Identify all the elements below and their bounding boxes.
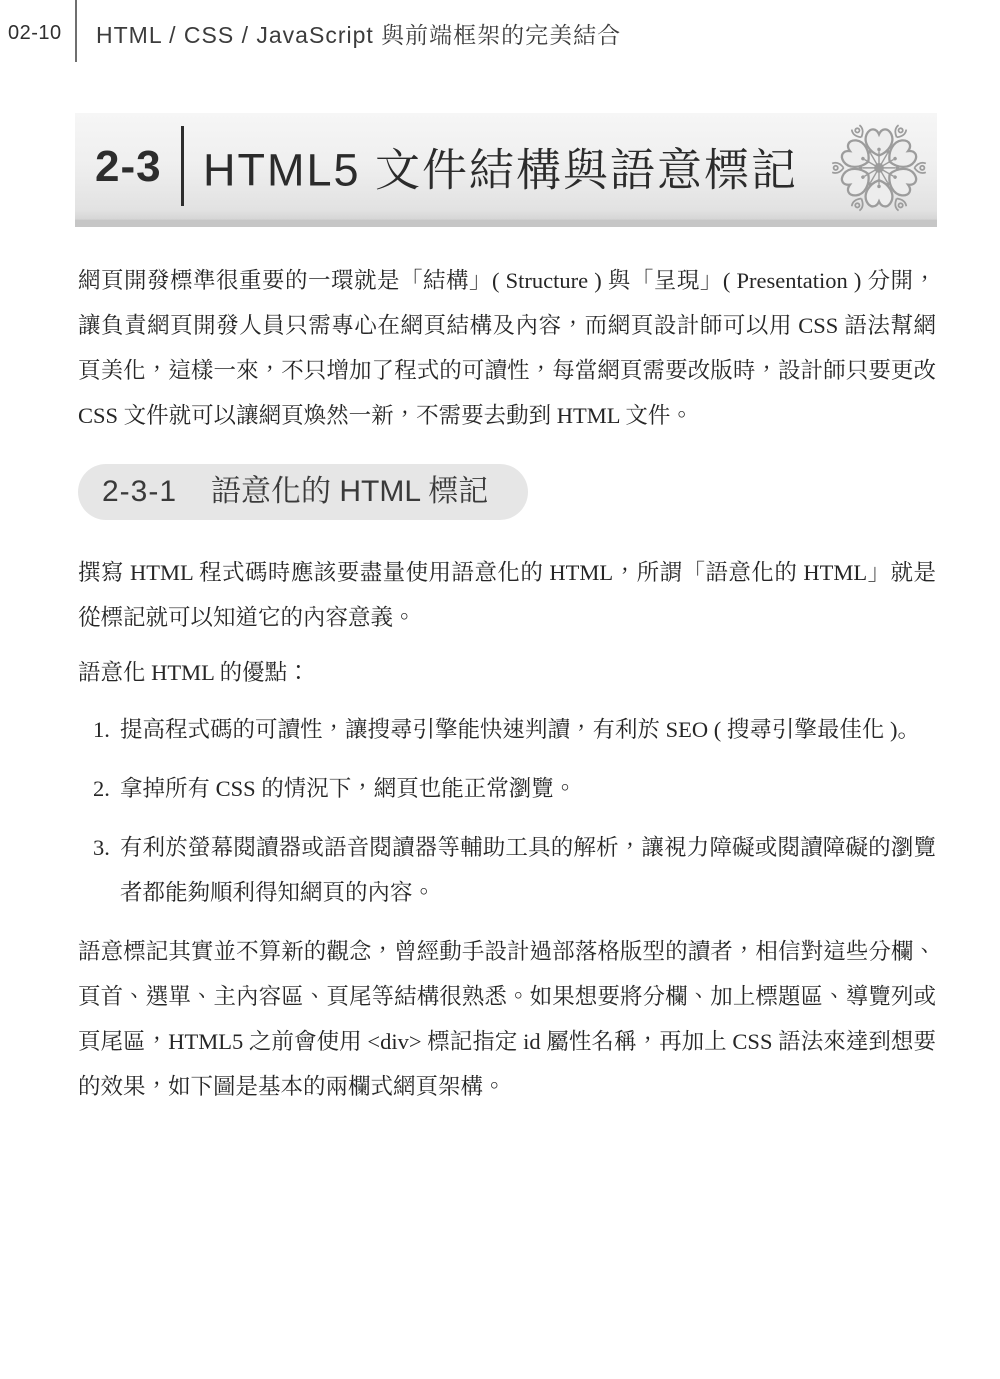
benefits-list: 1. 提高程式碼的可讀性，讓搜尋引擎能快速判讀，有利於 SEO ( 搜尋引擎最佳… bbox=[78, 707, 936, 915]
list-item-text: 拿掉所有 CSS 的情況下，網頁也能正常瀏覽。 bbox=[120, 776, 576, 801]
list-item-number: 2. bbox=[93, 766, 110, 811]
list-item: 1. 提高程式碼的可讀性，讓搜尋引擎能快速判讀，有利於 SEO ( 搜尋引擎最佳… bbox=[120, 707, 936, 752]
section-banner-divider bbox=[181, 126, 184, 206]
section-number: 2-3 bbox=[95, 142, 162, 192]
list-item-number: 3. bbox=[93, 825, 110, 870]
benefits-intro: 語意化 HTML 的優點： bbox=[78, 650, 936, 695]
subsection-number: 2-3-1 bbox=[102, 475, 177, 508]
page-header: 02-10 HTML / CSS / JavaScript 與前端框架的完美結合 bbox=[0, 0, 1000, 64]
list-item-text: 提高程式碼的可讀性，讓搜尋引擎能快速判讀，有利於 SEO ( 搜尋引擎最佳化 )… bbox=[120, 717, 920, 742]
page-number: 02-10 bbox=[8, 22, 62, 45]
intro-paragraph: 網頁開發標準很重要的一環就是「結構」( Structure ) 與「呈現」( P… bbox=[78, 258, 936, 438]
header-divider bbox=[75, 0, 77, 62]
section-banner: 2-3 HTML5 文件結構與語意標記 bbox=[75, 113, 937, 227]
flower-rosette-icon bbox=[826, 115, 932, 221]
section-title: HTML5 文件結構與語意標記 bbox=[203, 134, 798, 199]
book-page: { "page_header": { "page_number": "02-10… bbox=[0, 0, 1000, 1379]
book-title: HTML / CSS / JavaScript 與前端框架的完美結合 bbox=[96, 17, 621, 50]
list-item-text: 有利於螢幕閱讀器或語音閱讀器等輔助工具的解析，讓視力障礙或閱讀障礙的瀏覽者都能夠… bbox=[120, 835, 936, 905]
list-item: 3. 有利於螢幕閱讀器或語音閱讀器等輔助工具的解析，讓視力障礙或閱讀障礙的瀏覽者… bbox=[120, 825, 936, 915]
subsection-heading: 2-3-1語意化的 HTML 標記 bbox=[78, 464, 528, 520]
list-item-number: 1. bbox=[93, 707, 110, 752]
subsection-paragraph: 撰寫 HTML 程式碼時應該要盡量使用語意化的 HTML，所謂「語意化的 HTM… bbox=[78, 550, 936, 640]
closing-paragraph: 語意標記其實並不算新的觀念，曾經動手設計過部落格版型的讀者，相信對這些分欄、頁首… bbox=[78, 929, 936, 1109]
list-item: 2. 拿掉所有 CSS 的情況下，網頁也能正常瀏覽。 bbox=[120, 766, 936, 811]
subsection-title: 語意化的 HTML 標記 bbox=[211, 475, 488, 508]
page-content: 網頁開發標準很重要的一環就是「結構」( Structure ) 與「呈現」( P… bbox=[78, 258, 936, 1109]
